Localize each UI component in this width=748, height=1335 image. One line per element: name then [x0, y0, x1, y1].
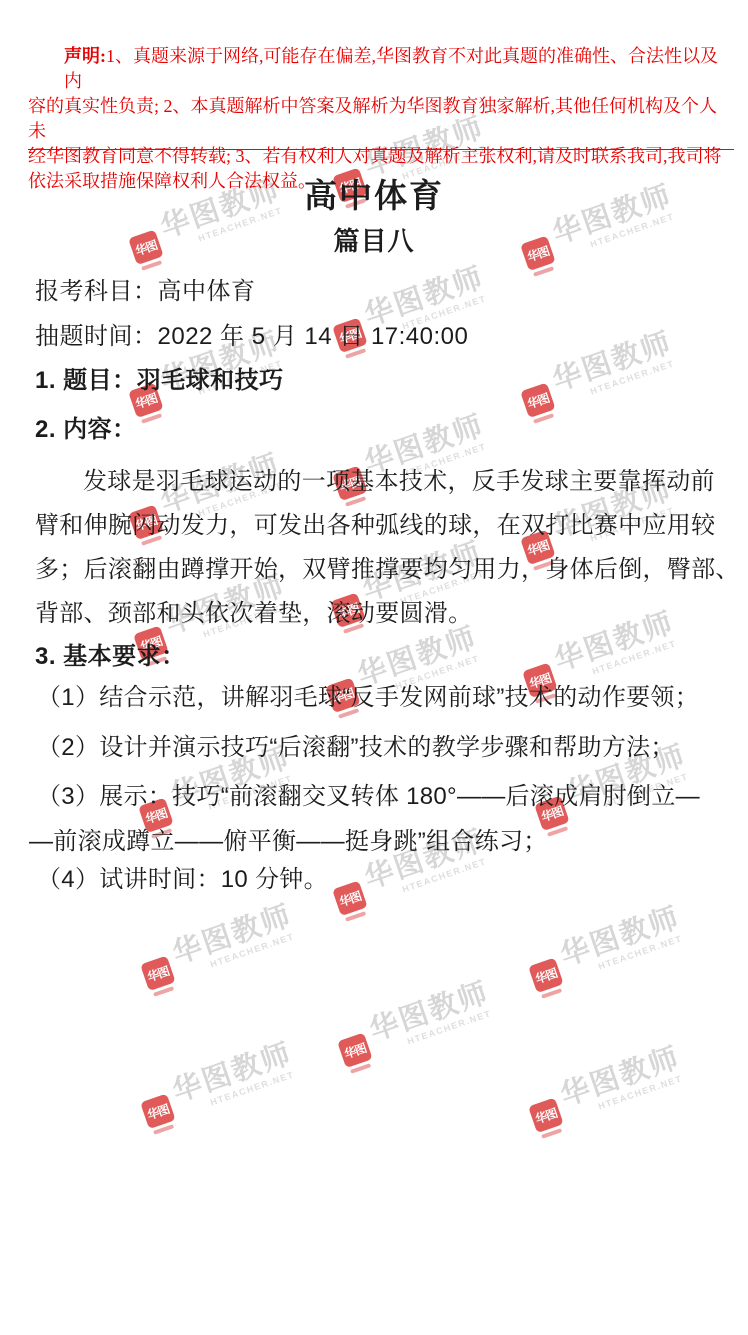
requirement-item-wrap: —前滚成蹲立——俯平衡——挺身跳”组合练习；: [29, 821, 729, 856]
page-subtitle: 篇目八: [0, 221, 748, 258]
page-title: 高中体育: [0, 170, 748, 217]
disclaimer-line: 经华图教育同意不得转载; 3、若有权利人对真题及解析主张权利,请及时联系我司,我…: [28, 144, 734, 169]
subject-line: 报考科目：高中体育: [35, 271, 256, 306]
content-line: 背部、颈部和头依次着垫，滚动要圆滑。: [35, 593, 725, 628]
topic-heading: 1. 题目：羽毛球和技巧: [35, 360, 284, 395]
disclaimer-label: 声明:: [64, 46, 106, 66]
content-line: 臂和伸腕闪动发力，可发出各种弧线的球，在双打比赛中应用较: [35, 505, 725, 540]
divider-line: [28, 149, 734, 150]
content-heading: 2. 内容：: [35, 409, 137, 444]
content-line: 多；后滚翻由蹲撑开始，双臂推撑要均匀用力，身体后倒，臀部、: [35, 549, 725, 584]
requirement-item: （2）设计并演示技巧“后滚翻”技术的教学步骤和帮助方法；: [37, 727, 737, 762]
document-page: 华图 华图教师 HTEACHER.NET 华图 华图教师 HTEACHER.NE…: [0, 0, 748, 1335]
requirements-heading: 3. 基本要求：: [35, 636, 186, 671]
requirement-item: （4）试讲时间：10 分钟。: [37, 859, 737, 894]
document-content: 声明:1、真题来源于网络,可能存在偏差,华图教育不对此真题的准确性、合法性以及内…: [0, 0, 748, 1335]
draw-time-line: 抽题时间：2022 年 5 月 14 日 17:40:00: [35, 316, 468, 351]
disclaimer-line: 声明:1、真题来源于网络,可能存在偏差,华图教育不对此真题的准确性、合法性以及内: [28, 44, 734, 94]
disclaimer-line: 容的真实性负责; 2、本真题解析中答案及解析为华图教育独家解析,其他任何机构及个…: [28, 94, 734, 144]
requirement-item: （3）展示：技巧“前滚翻交叉转体 180°——后滚成肩肘倒立—: [37, 776, 737, 811]
content-line: 发球是羽毛球运动的一项基本技术，反手发球主要靠挥动前: [35, 461, 748, 496]
requirement-item: （1）结合示范，讲解羽毛球“反手发网前球”技术的动作要领；: [37, 677, 737, 712]
